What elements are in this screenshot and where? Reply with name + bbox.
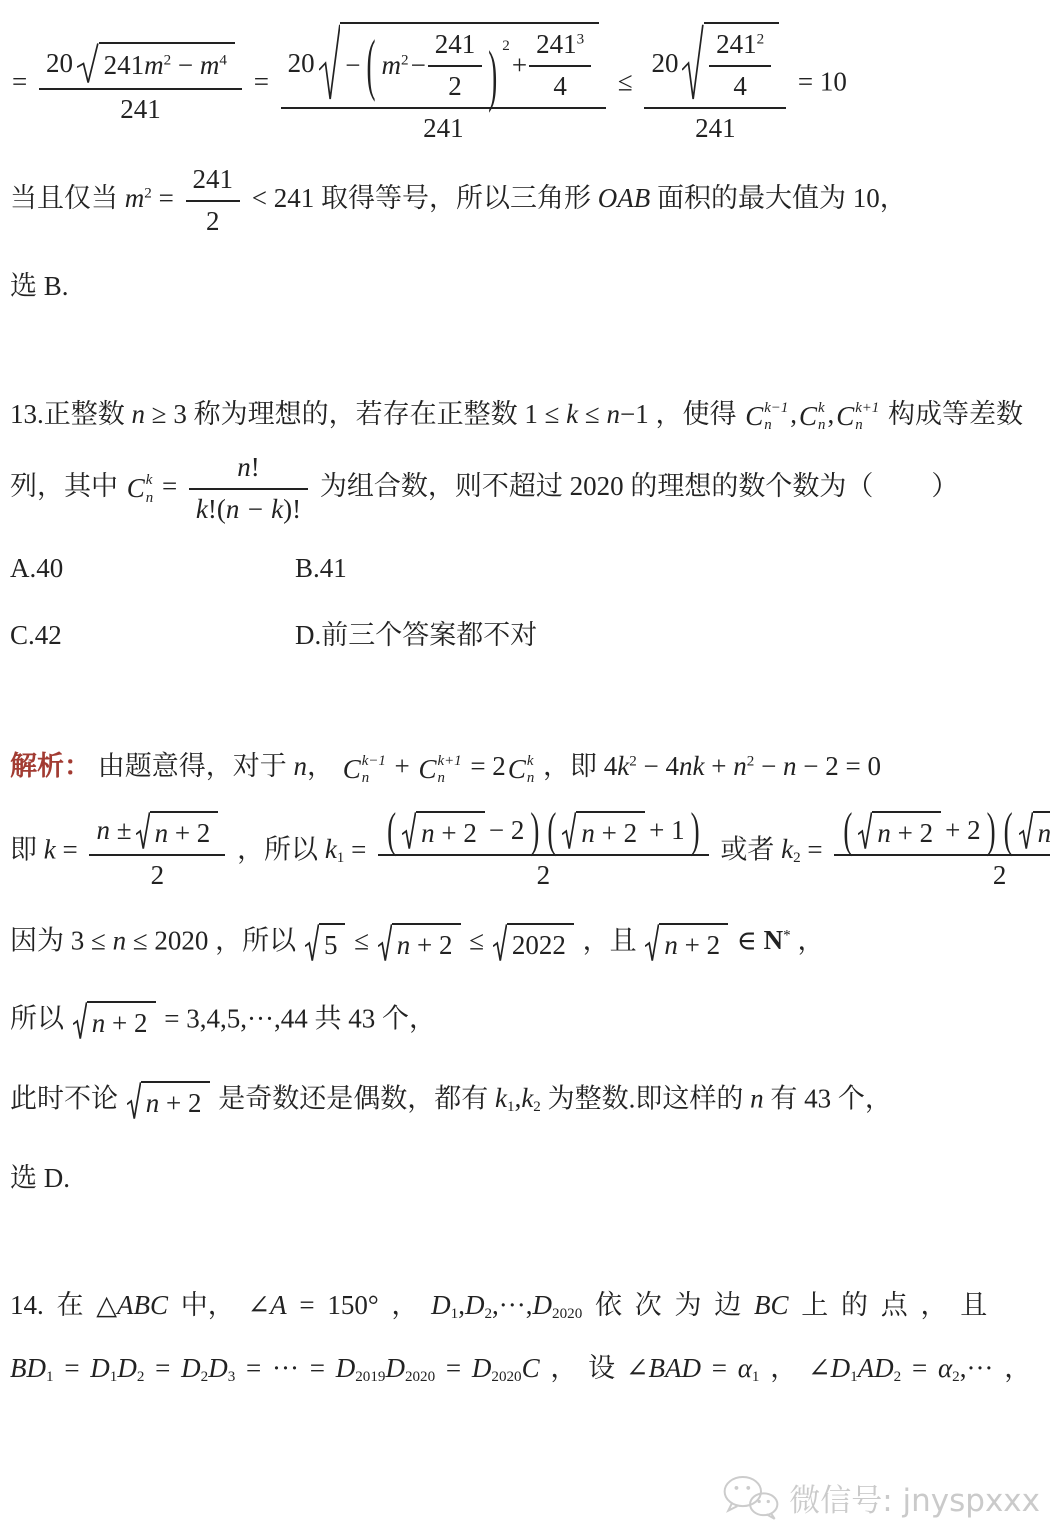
sqrt-radical: 24124 bbox=[682, 22, 779, 104]
i: D bbox=[472, 1353, 492, 1383]
i: D bbox=[465, 1290, 485, 1320]
sub: 3 bbox=[228, 1369, 236, 1385]
i: k+1 bbox=[855, 400, 879, 417]
cscripts: k+1n bbox=[438, 753, 462, 787]
i: n bbox=[818, 417, 825, 434]
radical-sign bbox=[493, 923, 507, 963]
sqrt-radical: n + 2 bbox=[1019, 811, 1050, 851]
fraction-bar bbox=[39, 88, 242, 90]
radical-sign bbox=[682, 22, 704, 104]
i: k bbox=[44, 834, 56, 864]
i: k bbox=[527, 753, 534, 770]
span: 4 bbox=[604, 751, 618, 781]
span: 241 bbox=[716, 29, 757, 59]
i: n bbox=[146, 1088, 160, 1118]
cscripts: k−1n bbox=[764, 400, 788, 434]
fraction-bar bbox=[189, 488, 308, 490]
tok: < 241 bbox=[252, 183, 314, 213]
cbase: C bbox=[836, 399, 854, 434]
tok: 共 43 个， bbox=[314, 1003, 436, 1033]
grp: n + 2 bbox=[877, 816, 933, 851]
grp: D2019D2020 bbox=[336, 1353, 435, 1383]
grp: 4 bbox=[733, 69, 747, 104]
grp: k2 bbox=[781, 834, 801, 864]
svg bbox=[77, 42, 99, 85]
fden: 4 bbox=[709, 69, 771, 104]
grp: + 1 bbox=[649, 813, 684, 848]
svg bbox=[305, 923, 319, 963]
span: 3 ≤ bbox=[71, 925, 106, 955]
rbody: n + 2 bbox=[659, 923, 728, 963]
binomial-coefficient: Ckn bbox=[127, 471, 153, 506]
fraction: ( n + 2 + 2 ) ( n + 2 − 1 ) 2 bbox=[834, 811, 1050, 893]
radical-sign bbox=[858, 811, 872, 851]
fraction: 2412 bbox=[428, 27, 483, 104]
fraction: 20 − ( m2 − 2412 )2 + 24134 241 bbox=[281, 22, 606, 146]
tok: = 150° bbox=[299, 1290, 378, 1320]
left-paren: ( bbox=[367, 21, 376, 110]
tok: 或者 bbox=[720, 834, 774, 864]
i: D bbox=[831, 1353, 851, 1383]
fraction: n! k!(n − k)! bbox=[189, 450, 308, 527]
sqrt-radical: n + 2 bbox=[378, 923, 461, 963]
tok: = bbox=[712, 1353, 727, 1383]
options-row-1: A.40B.41 bbox=[10, 551, 1038, 586]
span: − 4 bbox=[644, 751, 679, 781]
grp: + bbox=[512, 48, 527, 83]
options-row-2: C.42D.前三个答案都不对 bbox=[10, 618, 1038, 653]
range-line: 因为 3 ≤ n ≤ 2020 ，所以 5 ≤ n + 2 ≤ 2022 ，且 … bbox=[10, 923, 1038, 963]
fbar bbox=[529, 65, 591, 67]
i: n bbox=[438, 770, 462, 787]
rbody: n + 2 bbox=[576, 811, 645, 851]
cscripts: kn bbox=[527, 753, 534, 787]
grp: ( bbox=[385, 813, 398, 848]
tok: ， bbox=[770, 1353, 797, 1383]
grp: n + 2 bbox=[146, 1086, 202, 1121]
fbar bbox=[186, 200, 241, 202]
i: n bbox=[155, 818, 169, 848]
cbase: C bbox=[419, 752, 437, 787]
span: + bbox=[711, 751, 726, 781]
grp: 4k2 − 4nk + n2 − n − 2 = 0 bbox=[604, 751, 881, 781]
grp: 2 bbox=[206, 204, 220, 239]
i: α bbox=[738, 1353, 752, 1383]
fraction-bar bbox=[281, 107, 606, 109]
grp: α1 bbox=[738, 1353, 760, 1383]
angle-icon: ∠ bbox=[248, 1290, 271, 1320]
rbody: 241m2 − m4 bbox=[99, 42, 235, 85]
rbody: n + 2 bbox=[1033, 811, 1050, 851]
binomial-coefficient: Ck−1n bbox=[745, 399, 788, 434]
i: n bbox=[294, 751, 308, 781]
grp: ) bbox=[985, 813, 998, 848]
fbar bbox=[709, 65, 771, 67]
grp: D2020C bbox=[472, 1353, 540, 1383]
i: D bbox=[336, 1353, 356, 1383]
i: n bbox=[92, 1008, 106, 1038]
span: + 2 bbox=[410, 930, 452, 960]
sqrt-radical: n + 2 bbox=[562, 811, 645, 851]
i: m bbox=[382, 50, 402, 80]
right-paren: ) bbox=[488, 32, 497, 121]
tok: 10 bbox=[820, 66, 847, 96]
path bbox=[319, 25, 340, 99]
grp: α2,··· bbox=[938, 1353, 993, 1383]
i: n bbox=[113, 925, 127, 955]
grp: n ± bbox=[96, 813, 131, 848]
wechat-icon bbox=[721, 1473, 781, 1521]
radical-sign bbox=[402, 811, 416, 851]
path bbox=[77, 43, 98, 82]
fnum: 241 bbox=[186, 162, 241, 197]
bp: ( bbox=[547, 799, 556, 862]
radical-sign bbox=[127, 1081, 141, 1121]
tok: = bbox=[446, 1353, 461, 1383]
fden: 2 bbox=[428, 69, 483, 104]
fnum: ( n + 2 + 2 ) ( n + 2 − 1 ) bbox=[834, 811, 1050, 851]
i: n bbox=[855, 417, 879, 434]
b: N bbox=[764, 925, 784, 955]
tok: 所以 bbox=[10, 1003, 64, 1033]
i: k bbox=[617, 751, 629, 781]
answer-line-b: 选 B. bbox=[10, 269, 1038, 304]
binomial-coefficient: Ckn bbox=[508, 752, 534, 787]
problem-14-line-2: BD1 = D1D2 = D2D3 = ··· = D2019D2020 = D… bbox=[10, 1351, 1038, 1388]
tok: 即 bbox=[10, 834, 37, 864]
path bbox=[127, 1082, 141, 1118]
fraction: n ± n + 2 2 bbox=[89, 811, 225, 893]
grp: m2 bbox=[125, 183, 152, 213]
svg bbox=[319, 22, 341, 104]
grp: n + 2 bbox=[581, 816, 637, 851]
i: k bbox=[818, 400, 825, 417]
watermark-text: 微信号: jnyspxxx bbox=[789, 1475, 1040, 1520]
sub: 2020 bbox=[405, 1369, 435, 1385]
radical-sign bbox=[1019, 811, 1033, 851]
sup: * bbox=[783, 928, 791, 944]
tok: ， bbox=[307, 751, 334, 781]
circle bbox=[767, 1500, 770, 1503]
sqrt-radical: n + 2 bbox=[136, 811, 219, 851]
i: D bbox=[533, 1290, 553, 1320]
tok: 上 的 点 ， 且 bbox=[801, 1290, 987, 1320]
rbody: n + 2 bbox=[416, 811, 485, 851]
fnum: ( n + 2 − 2 ) ( n + 2 + 1 ) bbox=[378, 811, 709, 851]
svg bbox=[562, 811, 576, 851]
sup: 4 bbox=[219, 53, 227, 69]
tok: 面积的最大值为 10， bbox=[657, 183, 907, 213]
span: + 2 bbox=[168, 818, 210, 848]
tok: ， bbox=[1004, 1353, 1031, 1383]
i: BC bbox=[754, 1290, 789, 1320]
grp: 2 bbox=[537, 858, 551, 893]
path bbox=[682, 25, 703, 99]
span: ! bbox=[251, 452, 260, 482]
grp: k!(n − k)! bbox=[196, 492, 301, 527]
bp: ( bbox=[387, 799, 396, 862]
i: n bbox=[606, 399, 620, 429]
span: 241 bbox=[536, 29, 577, 59]
i: n bbox=[237, 452, 251, 482]
span: + 2 bbox=[159, 1088, 201, 1118]
sub: 1 bbox=[507, 1099, 515, 1115]
tok: 设 bbox=[588, 1353, 615, 1383]
tok: = bbox=[254, 66, 269, 96]
grp: k1,k2 bbox=[495, 1083, 541, 1113]
i: n bbox=[664, 930, 678, 960]
path bbox=[645, 924, 659, 960]
angle-icon: ∠ bbox=[808, 1353, 831, 1383]
tok: 13.正整数 bbox=[10, 399, 125, 429]
grp: n + 2 bbox=[664, 928, 720, 963]
i: OAB bbox=[598, 183, 650, 213]
grp: 3 ≤ n ≤ 2020 bbox=[71, 925, 209, 955]
triangle-icon: △ bbox=[96, 1290, 117, 1320]
solution12-condition-line: 当且仅当 m2 = 2412 < 241 取得等号，所以三角形 OAB 面积的最… bbox=[10, 162, 1038, 239]
tok: ，即 bbox=[543, 751, 597, 781]
i: D bbox=[90, 1353, 110, 1383]
tok: ≥ 3 bbox=[152, 399, 187, 429]
i: n bbox=[764, 417, 788, 434]
tok: 列，其中 bbox=[10, 471, 118, 501]
problem-13-line-2: 列，其中 Ckn = n! k!(n − k)! 为组合数，则不超过 2020 … bbox=[10, 450, 1038, 527]
k-solutions-line: 即 k = n ± n + 2 2 ，所以 k1 = ( n + 2 − 2 )… bbox=[10, 811, 1038, 893]
sub: 1 bbox=[46, 1369, 54, 1385]
fden: k!(n − k)! bbox=[189, 492, 308, 527]
path bbox=[402, 812, 416, 848]
sup: 3 bbox=[577, 32, 585, 48]
ellipse bbox=[750, 1493, 777, 1515]
i: n bbox=[877, 818, 891, 848]
answer-line-d: 选 D. bbox=[10, 1161, 1038, 1196]
cscripts: k+1n bbox=[855, 400, 879, 434]
rbody: n + 2 bbox=[872, 811, 941, 851]
fraction: 2412 bbox=[186, 162, 241, 239]
option-a: A.40 bbox=[10, 551, 295, 586]
i: n − k bbox=[226, 494, 283, 524]
sub: 2 bbox=[137, 1369, 145, 1385]
sup: 2 bbox=[401, 53, 409, 69]
grp: D2D3 bbox=[181, 1353, 235, 1383]
span: , bbox=[458, 1290, 465, 1320]
grp: ( bbox=[841, 813, 854, 848]
grp: ∠A bbox=[248, 1290, 287, 1320]
i: k bbox=[566, 399, 578, 429]
cbase: C bbox=[127, 471, 145, 506]
i: n bbox=[362, 770, 386, 787]
tok: , bbox=[827, 399, 834, 429]
sup: 2 bbox=[144, 186, 152, 202]
i: n bbox=[581, 818, 595, 848]
grp: 20 bbox=[651, 46, 678, 81]
tok: 中， bbox=[181, 1290, 235, 1320]
fnum: 2412 bbox=[709, 27, 771, 62]
span: )! bbox=[283, 494, 301, 524]
i: ABC bbox=[117, 1290, 168, 1320]
grp: 241m2 − m4 bbox=[104, 48, 227, 83]
tok: 有 43 个， bbox=[770, 1083, 892, 1113]
rbody: n + 2 bbox=[87, 1001, 156, 1041]
i: k bbox=[196, 494, 208, 524]
i: k bbox=[495, 1083, 507, 1113]
sub: 2019 bbox=[355, 1369, 385, 1385]
fraction-bar bbox=[834, 854, 1050, 856]
grp: 2 bbox=[993, 858, 1007, 893]
span: + 2 bbox=[678, 930, 720, 960]
fden: 241 bbox=[281, 111, 606, 146]
i: k bbox=[781, 834, 793, 864]
sub: 2 bbox=[533, 1099, 541, 1115]
radical-sign bbox=[73, 1001, 87, 1041]
tok: ， bbox=[797, 925, 824, 955]
grp: ∠D1AD2 bbox=[808, 1353, 901, 1383]
tok: = bbox=[64, 1353, 79, 1383]
tok: = bbox=[798, 66, 813, 96]
i: n bbox=[132, 399, 146, 429]
fnum: n ± n + 2 bbox=[89, 811, 225, 851]
watermark: 微信号: jnyspxxx bbox=[721, 1473, 1040, 1521]
cbase: C bbox=[508, 752, 526, 787]
grp: k1 bbox=[325, 834, 345, 864]
grp: n + 2 bbox=[155, 816, 211, 851]
grp: ∠BAD bbox=[626, 1353, 701, 1383]
i: A bbox=[270, 1290, 287, 1320]
problem-14-line-1: 14. 在 △ABC 中， ∠A = 150° ， D1,D2,···,D202… bbox=[10, 1288, 1038, 1325]
span: + 2 bbox=[105, 1008, 147, 1038]
svg bbox=[645, 923, 659, 963]
fraction: 20 241m2 − m4 241 bbox=[39, 42, 242, 127]
svg bbox=[1019, 811, 1033, 851]
sub: 1 bbox=[850, 1369, 858, 1385]
fbar bbox=[428, 65, 483, 67]
grp: 2413 bbox=[536, 27, 584, 62]
tok: 为整数.即这样的 bbox=[548, 1083, 744, 1113]
i: n bbox=[96, 815, 110, 845]
i: nk bbox=[679, 751, 704, 781]
rbody: 5 bbox=[319, 923, 346, 963]
cbase: C bbox=[343, 752, 361, 787]
cscripts: kn bbox=[818, 400, 825, 434]
grp: 20 bbox=[46, 46, 73, 81]
span: + 2 bbox=[891, 818, 933, 848]
svg bbox=[682, 22, 704, 104]
i: k bbox=[521, 1083, 533, 1113]
i: n bbox=[1038, 818, 1050, 848]
grp: ( bbox=[1002, 813, 1015, 848]
tok: ，所以 bbox=[215, 925, 296, 955]
radical-sign bbox=[378, 923, 392, 963]
grp: N* bbox=[764, 925, 791, 955]
svg bbox=[136, 811, 150, 851]
i: D bbox=[208, 1353, 228, 1383]
i: k+1 bbox=[438, 753, 462, 770]
radical-sign bbox=[77, 42, 99, 85]
span: ,··· bbox=[960, 1353, 994, 1383]
path bbox=[73, 1002, 87, 1038]
grp: ( bbox=[363, 48, 380, 83]
cbase: C bbox=[799, 399, 817, 434]
tok: , bbox=[790, 399, 797, 429]
sqrt-radical: n + 2 bbox=[402, 811, 485, 851]
i: BAD bbox=[649, 1353, 701, 1383]
svg bbox=[402, 811, 416, 851]
sqrt-radical: 2022 bbox=[493, 923, 574, 963]
sub: 2 bbox=[484, 1306, 492, 1322]
grp: D1D2 bbox=[90, 1353, 144, 1383]
grp: ( bbox=[545, 813, 558, 848]
document-page: = 20 241m2 − m4 241 = 20 − ( bbox=[0, 0, 1050, 1388]
binomial-coefficient: Ck−1n bbox=[343, 752, 386, 787]
tok: = 2 bbox=[470, 751, 505, 781]
tok: 为组合数，则不超过 2020 的理想的数个数为（ bbox=[320, 471, 874, 501]
tok: 此时不论 bbox=[10, 1083, 118, 1113]
fden: 241 bbox=[39, 92, 242, 127]
fden: 2 bbox=[89, 858, 225, 893]
grp: − bbox=[345, 48, 360, 83]
fraction: 20 24124 241 bbox=[644, 22, 786, 146]
i: D bbox=[385, 1353, 405, 1383]
tok: ≤ bbox=[618, 66, 633, 96]
span: !( bbox=[208, 494, 226, 524]
tok: = bbox=[12, 66, 27, 96]
fden: 4 bbox=[529, 69, 591, 104]
grp: 241 bbox=[120, 92, 161, 127]
i: n bbox=[750, 1083, 764, 1113]
tok: ， bbox=[391, 1290, 418, 1320]
binomial-coefficient: Ck+1n bbox=[419, 752, 462, 787]
circle bbox=[735, 1486, 739, 1490]
i: α bbox=[938, 1353, 952, 1383]
fnum: 20 − ( m2 − 2412 )2 + 24134 bbox=[281, 22, 606, 104]
span: + 2 bbox=[435, 818, 477, 848]
fraction-bar bbox=[644, 107, 786, 109]
grp: △ABC bbox=[96, 1290, 168, 1320]
grp: 241 bbox=[435, 27, 476, 62]
span: − 2 = 0 bbox=[803, 751, 881, 781]
fden: 2 bbox=[834, 858, 1050, 893]
grp: ) bbox=[528, 813, 541, 848]
grp: + 2 bbox=[945, 813, 980, 848]
i: n bbox=[527, 770, 534, 787]
grp: BD1 bbox=[10, 1353, 54, 1383]
option-d: D.前三个答案都不对 bbox=[295, 620, 537, 650]
path bbox=[136, 812, 150, 848]
tok: = bbox=[155, 1353, 170, 1383]
tok: 当且仅当 bbox=[10, 183, 118, 213]
grp: 241 bbox=[695, 111, 736, 146]
bp: ( bbox=[843, 799, 852, 862]
tok: ， bbox=[550, 1353, 577, 1383]
radical-sign bbox=[305, 923, 319, 963]
tok: 构成等差数 bbox=[888, 399, 1023, 429]
grp: m2 bbox=[382, 48, 409, 83]
fnum: 241 bbox=[428, 27, 483, 62]
fraction-bar bbox=[89, 854, 225, 856]
angle-icon: ∠ bbox=[626, 1353, 649, 1383]
tok: = bbox=[351, 834, 366, 864]
circle bbox=[747, 1486, 751, 1490]
option-b: B.41 bbox=[295, 553, 347, 583]
span: ,···, bbox=[492, 1290, 532, 1320]
sqrt-radical: n + 2 bbox=[73, 1001, 156, 1041]
count-line: 所以 n + 2 = 3,4,5,···,44 共 43 个， bbox=[10, 1001, 1038, 1041]
svg bbox=[721, 1473, 781, 1521]
tok: ≤ bbox=[469, 925, 484, 955]
analysis-label: 解析： bbox=[10, 751, 91, 781]
sub: 2 bbox=[894, 1369, 902, 1385]
rbody: 2022 bbox=[507, 923, 574, 963]
